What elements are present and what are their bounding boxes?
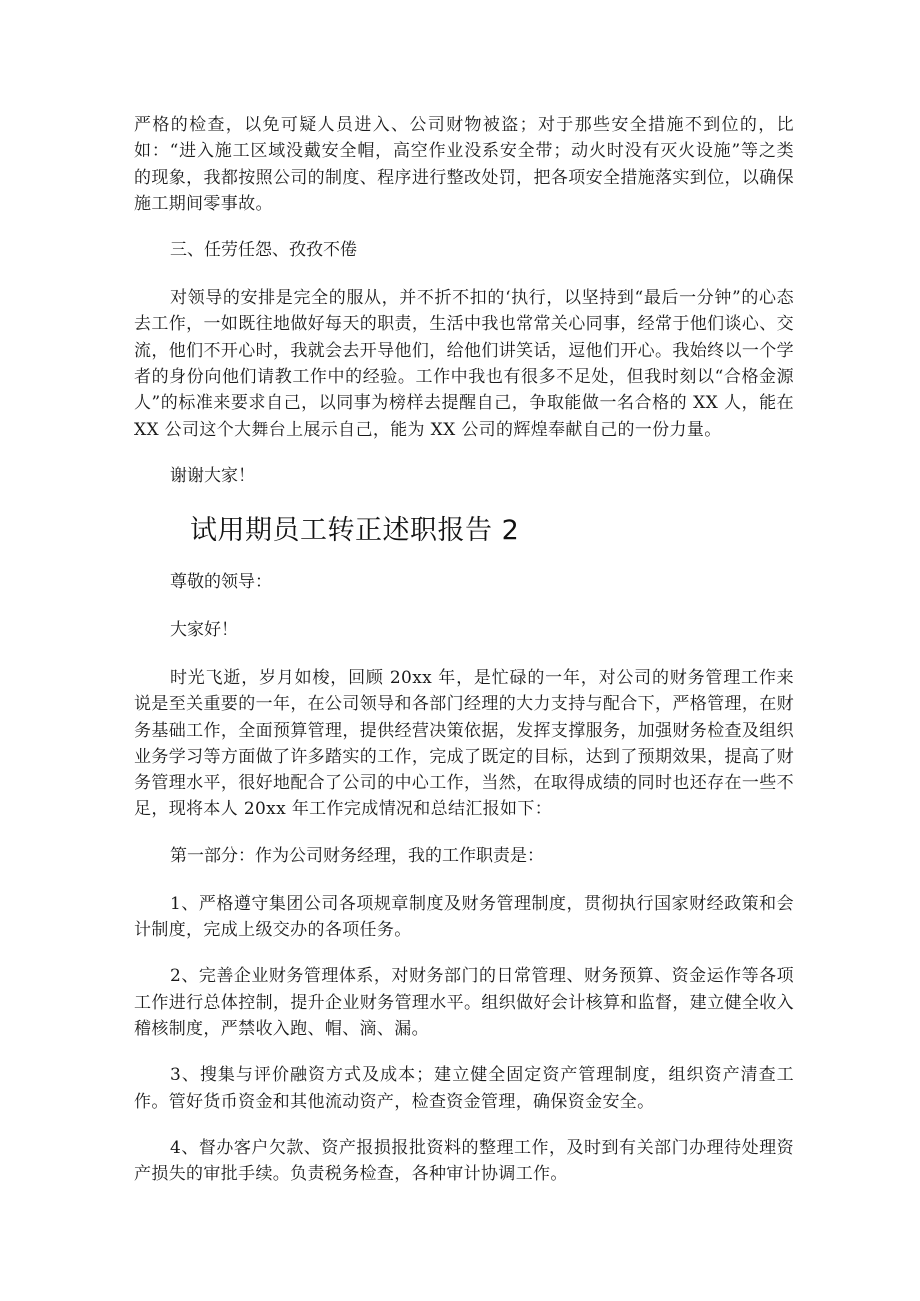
duty-item-3: 3、搜集与评价融资方式及成本；建立健全固定资产管理制度，组织资产清查工作。管好货… <box>134 1062 794 1115</box>
salutation: 尊敬的领导： <box>134 569 794 595</box>
report-title: 试用期员工转正述职报告 2 <box>134 511 794 551</box>
duty-item-4: 4、督办客户欠款、资产报损报批资料的整理工作，及时到有关部门办理待处理资产损失的… <box>134 1135 794 1188</box>
paragraph-safety-inspection: 严格的检查，以免可疑人员进入、公司财物被盗；对于那些安全措施不到位的，比如：“进… <box>134 112 794 217</box>
section-heading-diligence: 三、任劳任怨、孜孜不倦 <box>134 237 794 263</box>
closing-thanks: 谢谢大家！ <box>134 463 794 489</box>
duty-item-2: 2、完善企业财务管理体系，对财务部门的日常管理、财务预算、资金运作等各项工作进行… <box>134 963 794 1042</box>
paragraph-intro: 时光飞逝，岁月如梭，回顾 20xx 年，是忙碌的一年，对公司的财务管理工作来说是… <box>134 665 794 823</box>
part1-heading: 第一部分：作为公司财务经理，我的工作职责是： <box>134 843 794 869</box>
paragraph-service-attitude: 对领导的安排是完全的服从，并不折不扣的‘执行，以坚持到“最后一分钟”的心态去工作… <box>134 285 794 443</box>
duty-item-1: 1、严格遵守集团公司各项规章制度及财务管理制度，贯彻执行国家财经政策和会计制度，… <box>134 891 794 944</box>
greeting: 大家好！ <box>134 617 794 643</box>
document-page: 严格的检查，以免可疑人员进入、公司财物被盗；对于那些安全措施不到位的，比如：“进… <box>134 112 794 1207</box>
